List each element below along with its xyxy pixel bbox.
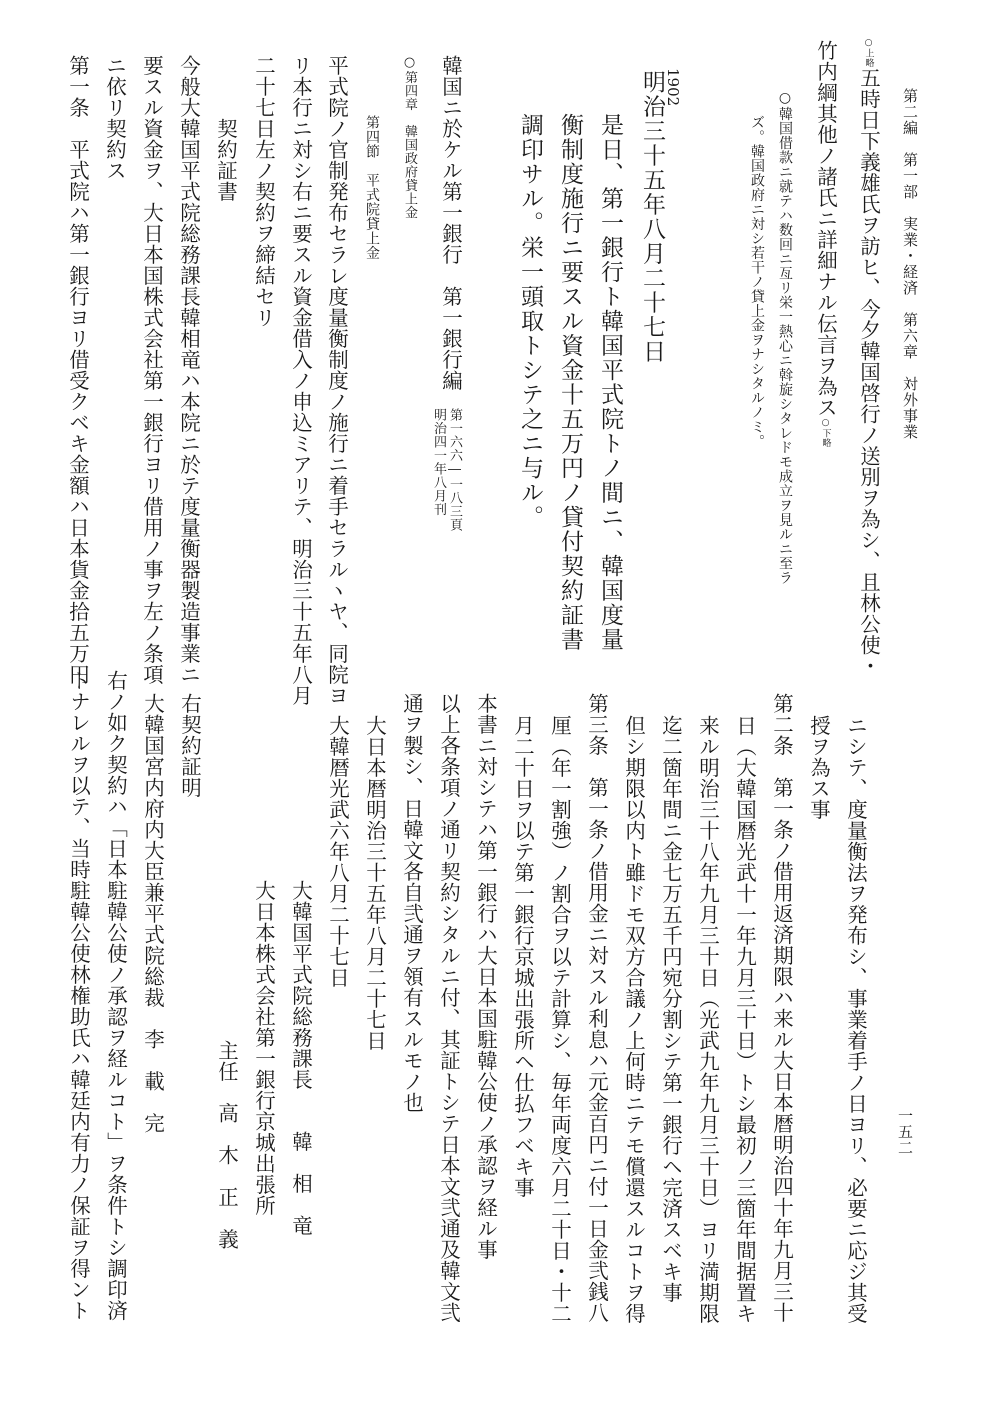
- western-year: 1902: [665, 68, 680, 106]
- summary-line-1: 是日、第一銀行ト韓国平式院トノ間ニ、韓国度量: [598, 113, 621, 652]
- contract-line-1: 今般大韓国平式院総務課長韓相竜ハ本院ニ於テ度量衡器製造事業ニ: [178, 55, 199, 685]
- article-1: 第一条 平式院ハ第一銀行ヨリ借受クベキ金額ハ日本貨金拾五万円: [67, 55, 88, 685]
- witness-line: 大韓国宮内府内大臣兼平式院総裁李 載 完: [142, 693, 163, 1134]
- date-heading: 明治三十五年八月二十七日: [640, 70, 663, 364]
- summary-line-2: 衡制度施行ニ要スル資金十五万円ノ貸付契約証書: [558, 113, 581, 652]
- closing-line-2: トナレルヲ以テ、当時駐韓公使林権助氏ハ韓廷内有力ノ保証ヲ得ント: [68, 670, 89, 1321]
- cont-line-1: ニシテ、度量衡法ヲ発布シ、事業着手ノ日ヨリ、必要ニ応ジ其受: [845, 715, 866, 1324]
- closing-line-1: 右ノ如ク契約ハ「日本駐韓公使ノ承認ヲ経ルコト」ヲ条件トシ調印済: [105, 670, 126, 1321]
- witness-name: 李 載 完: [141, 1029, 165, 1134]
- signatory-1-title: 大韓国平式院総務課長韓 相 竜: [290, 880, 311, 1236]
- chapter-line: ○第四章 韓国政府貸上金: [403, 55, 416, 219]
- section-line: 第四節 平式院貸上金: [365, 115, 379, 260]
- diary-text-2: 竹内綱其他ノ諸氏ニ詳細ナル伝言ヲ為ス: [814, 40, 838, 418]
- contract-title: 契約証書: [215, 118, 236, 202]
- article-2-line-4: 迄二箇年間ニ金七万五千円宛分割シテ第一銀行ヘ完済スベキ事: [660, 715, 681, 1303]
- article-2-line-3: 来ル明治三十八年九月三十日（光武九年九月三十日）ヨリ満期限: [697, 715, 718, 1324]
- summary-line-3: 調印サル。栄一頭取トシテ之ニ与ル。: [518, 113, 541, 530]
- source-title: 韓国ニ於ケル第一銀行 第一銀行編: [440, 55, 461, 391]
- date-japanese: 大日本暦明治三十五年八月二十七日: [364, 715, 385, 1051]
- running-title: 第二編 第一部 実業・経済 第六章 対外事業: [902, 88, 917, 440]
- body-line-3: 二十七日左ノ契約ヲ締結セリ: [253, 55, 274, 328]
- signatory-2-title: 大日本株式会社第一銀行京城出張所: [253, 880, 274, 1216]
- cont-line-2: 授ヲ為ス事: [808, 715, 829, 820]
- diary-line-1: ○上略五時日下義雄氏ヲ訪ヒ、今夕韓国啓行ノ送別ヲ為シ、且林公使・: [858, 38, 879, 677]
- editor-note-1: ○韓国借款ニ就テハ数回ニ亙リ栄一熱心ニ斡旋シタレドモ成立ヲ見ルニ至ラ: [778, 90, 792, 585]
- article-3-line-1: 第三条 第一条ノ借用金ニ対スル利息ハ元金百円ニ付一日金弐銭八: [586, 693, 607, 1323]
- diary-text-1: 五時日下義雄氏ヲ訪ヒ、今夕韓国啓行ノ送別ヲ為シ、且林公使・: [857, 68, 881, 677]
- source-pages: 第一六六―一八三頁: [448, 408, 461, 532]
- article-3-line-2: 厘（年一割強）ノ割合ヲ以テ計算シ、毎年両度六月二十日・十二: [549, 715, 570, 1324]
- source-date: 明治四一年八月刊: [432, 408, 445, 516]
- body-line-2: リ本行ニ対シ右ニ要スル資金借入ノ申込ミアリテ、明治三十五年八月: [290, 55, 311, 706]
- witness-label: 右契約証明: [179, 693, 200, 798]
- omission-marker-bottom: ○下略: [821, 418, 830, 448]
- diary-line-2: 竹内綱其他ノ諸氏ニ詳細ナル伝言ヲ為ス○下略: [815, 40, 836, 448]
- signatory-3-name: 高 木 正 義: [215, 1103, 239, 1250]
- conclusion-line-1: 以上各条項ノ通リ契約シタルニ付、其証トシテ日本文弐通及韓文弐: [438, 693, 459, 1323]
- article-3-line-3: 月二十日ヲ以テ第一銀行京城出張所ヘ仕払フベキ事: [512, 715, 533, 1198]
- article-2-proviso: 但シ期限以内ト雖ドモ双方合議ノ上何時ニテモ償還スルコトヲ得: [623, 715, 644, 1324]
- omission-marker-top: ○上略: [864, 38, 873, 68]
- article-2-line-1: 第二条 第一条ノ借用返済期限ハ来ル大日本暦明治四十年九月三十: [771, 693, 792, 1323]
- body-line-1: 平式院ノ官制発布セラレ度量衡制度ノ施行ニ着手セラルヽヤ、同院ヨ: [326, 55, 347, 706]
- signatory-3: 主任高 木 正 義: [216, 1040, 237, 1250]
- date-korean: 大韓暦光武六年八月二十七日: [327, 715, 348, 988]
- contract-line-2: 要スル資金ヲ、大日本国株式会社第一銀行ヨリ借用ノ事ヲ左ノ条項: [141, 55, 162, 685]
- conclusion-line-2: 通ヲ製シ、日韓文各自弐通ヲ領有スルモノ也: [401, 693, 422, 1113]
- article-2-line-2: 日（大韓国暦光武十一年九月三十日）トシ最初ノ三箇年間据置キ: [734, 715, 755, 1324]
- editor-note-2: ズ。韓国政府ニ対シ若干ノ貸上金ヲナシタルノミ。: [750, 115, 764, 449]
- page-number: 一五二: [897, 1108, 912, 1156]
- approval-clause: 本書ニ対シテハ第一銀行ハ大日本国駐韓公使ノ承認ヲ経ル事: [475, 693, 496, 1260]
- witness-title: 大韓国宮内府内大臣兼平式院総裁: [141, 693, 165, 1008]
- contract-line-3: ニ依リ契約ス: [104, 55, 125, 181]
- signatory-1-name: 韓 相 竜: [289, 1131, 313, 1236]
